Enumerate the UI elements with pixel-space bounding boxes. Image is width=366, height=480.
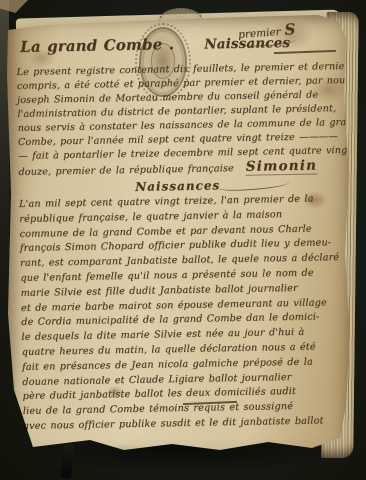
- simonin-signature: Simonin: [246, 158, 318, 176]
- parchment-page: La grand Combe . Naissances Le present r…: [6, 14, 356, 466]
- manuscript-scan: La grand Combe . Naissances Le present r…: [0, 0, 366, 480]
- birth-act-paragraph: L'an mil sept cent quatre vingt treize, …: [19, 192, 341, 435]
- handwritten-text: La grand Combe . Naissances Le present r…: [16, 32, 341, 435]
- title-place: La grand Combe .: [20, 35, 174, 56]
- certification-paragraph: Le present registre contenant dix feuill…: [17, 60, 337, 180]
- manuscript-line: douze, premier de la république français…: [18, 163, 234, 178]
